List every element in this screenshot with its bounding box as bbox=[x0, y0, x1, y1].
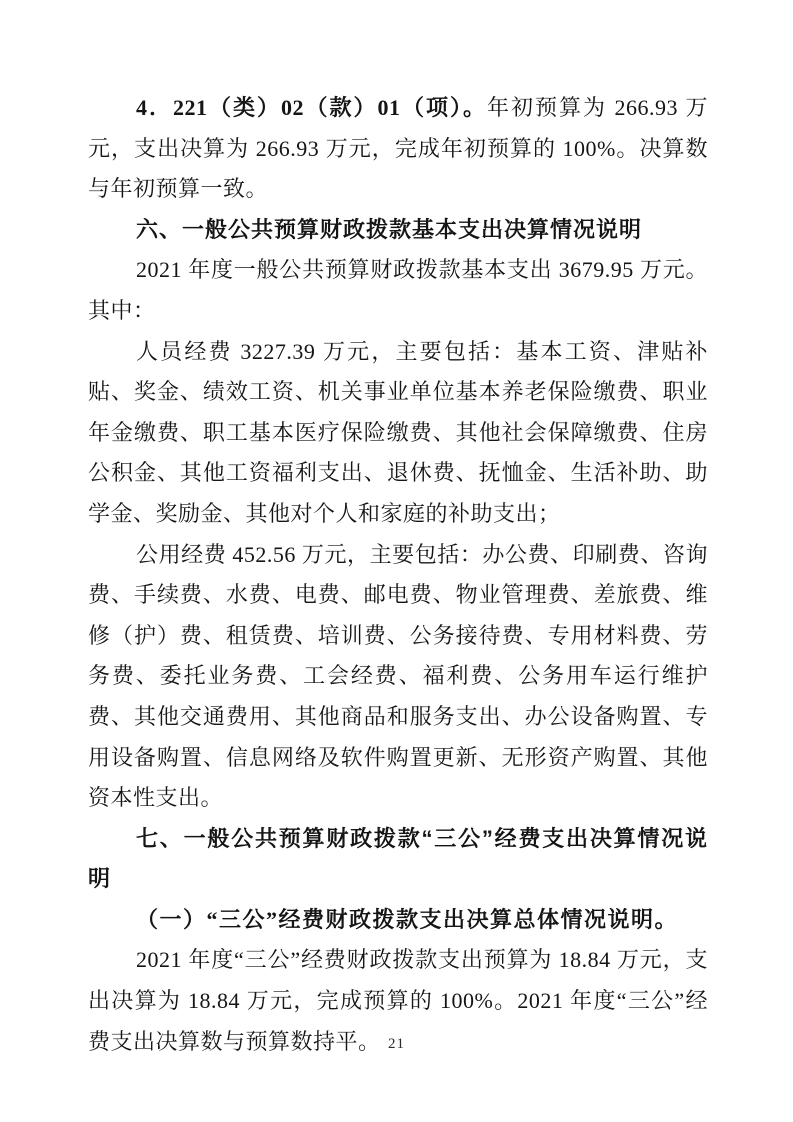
document-page: 4．221（类）02（款）01（项）。年初预算为 266.93 万元，支出决算为… bbox=[0, 0, 793, 1122]
text-run: 七、一般公共预算财政拨款“三公”经费支出决算情况说明 bbox=[88, 826, 708, 892]
heading-section-7-1: （一）“三公”经费财政拨款支出决算总体情况说明。 bbox=[88, 900, 708, 941]
text-run: 人员经费 3227.39 万元，主要包括：基本工资、津贴补贴、奖金、绩效工资、机… bbox=[88, 339, 708, 526]
para-personnel-expense: 人员经费 3227.39 万元，主要包括：基本工资、津贴补贴、奖金、绩效工资、机… bbox=[88, 332, 708, 535]
text-run: （一）“三公”经费财政拨款支出决算总体情况说明。 bbox=[136, 907, 678, 932]
text-run: 2021 年度一般公共预算财政拨款基本支出 3679.95 万元。其中： bbox=[88, 257, 708, 323]
text-run: 4．221（类）02（款）01（项）。 bbox=[136, 95, 487, 120]
text-run: 六、一般公共预算财政拨款基本支出决算情况说明 bbox=[136, 217, 642, 242]
para-budget-item-4: 4．221（类）02（款）01（项）。年初预算为 266.93 万元，支出决算为… bbox=[88, 88, 708, 210]
document-body: 4．221（类）02（款）01（项）。年初预算为 266.93 万元，支出决算为… bbox=[88, 88, 708, 1062]
page-number: 21 bbox=[0, 1036, 793, 1053]
para-public-expense: 公用经费 452.56 万元，主要包括：办公费、印刷费、咨询费、手续费、水费、电… bbox=[88, 535, 708, 819]
heading-section-6: 六、一般公共预算财政拨款基本支出决算情况说明 bbox=[88, 210, 708, 251]
text-run: 公用经费 452.56 万元，主要包括：办公费、印刷费、咨询费、手续费、水费、电… bbox=[88, 542, 708, 811]
heading-section-7: 七、一般公共预算财政拨款“三公”经费支出决算情况说明 bbox=[88, 819, 708, 900]
para-basic-expense-total: 2021 年度一般公共预算财政拨款基本支出 3679.95 万元。其中： bbox=[88, 250, 708, 331]
